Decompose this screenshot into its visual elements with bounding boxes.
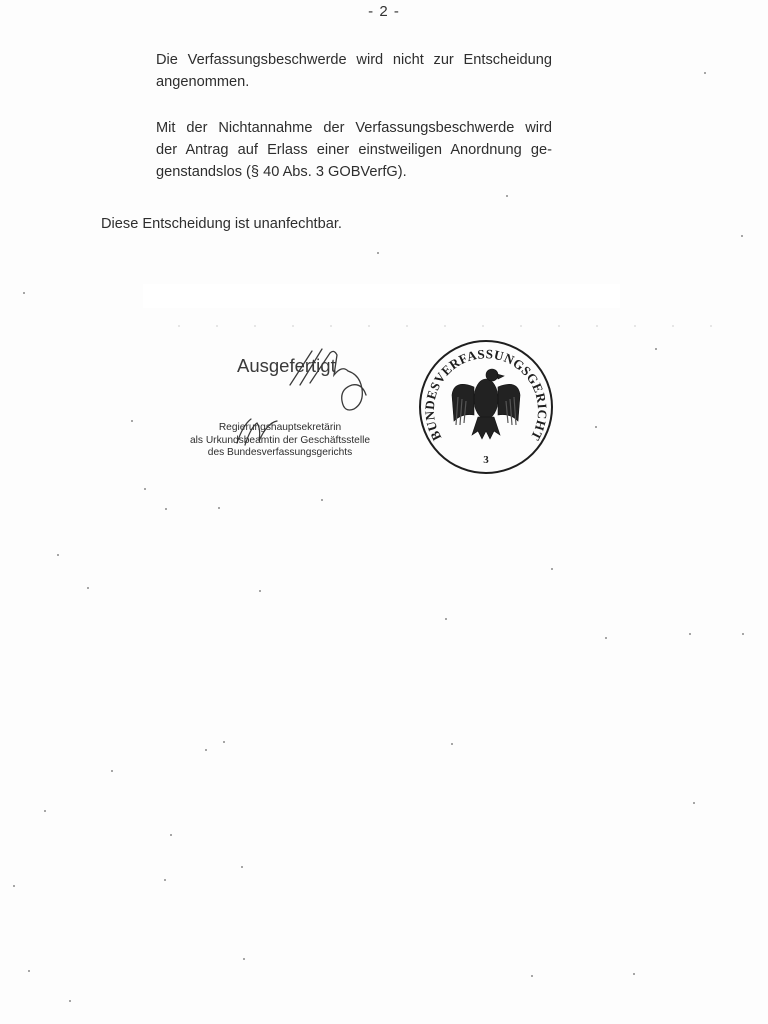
text-line: genstandslos (§ 40 Abs. 3 GOBVerfG).: [156, 161, 552, 183]
scan-speck: [170, 834, 172, 836]
court-seal-icon: BUNDESVERFASSUNGSGERICHT 3: [418, 339, 554, 475]
scan-speck: [655, 348, 657, 350]
page-number: - 2 -: [0, 3, 768, 20]
scan-speck: [689, 633, 691, 635]
clerk-line: Regierungshauptsekretärin: [170, 422, 390, 435]
scan-speck: [57, 554, 59, 556]
scan-speck: [551, 568, 553, 570]
scan-speck: [633, 973, 635, 975]
scan-speck: [223, 741, 225, 743]
scan-speck: [28, 970, 30, 972]
scan-speck: [69, 1000, 71, 1002]
scan-speck: [445, 618, 447, 620]
clerk-title: Regierungshauptsekretärin als Urkundsbea…: [170, 422, 390, 460]
seal-number: 3: [483, 454, 489, 466]
scan-speck: [205, 749, 207, 751]
scan-speck: [377, 252, 379, 254]
paragraph-injunction: Mit der Nichtannahme der Verfassungsbesc…: [156, 117, 552, 183]
scan-artifact-line: [160, 325, 740, 327]
clerk-line: des Bundesverfassungsgerichts: [170, 447, 390, 460]
clerk-line: als Urkundsbeamtin der Geschäftsstelle: [170, 435, 390, 448]
redacted-area: [143, 284, 620, 308]
scan-speck: [531, 975, 533, 977]
scan-speck: [13, 885, 15, 887]
scan-speck: [87, 587, 89, 589]
final-statement: Diese Entscheidung ist unanfechtbar.: [101, 216, 342, 232]
scan-speck: [451, 743, 453, 745]
signature-icon: [282, 345, 372, 415]
scan-speck: [693, 802, 695, 804]
scan-speck: [321, 499, 323, 501]
scan-speck: [44, 810, 46, 812]
text-line: angenommen.: [156, 71, 552, 93]
scan-speck: [595, 426, 597, 428]
scan-speck: [218, 507, 220, 509]
text-line: Mit der Nichtannahme der Verfassungsbesc…: [156, 117, 552, 139]
scan-speck: [741, 235, 743, 237]
scan-speck: [506, 195, 508, 197]
eagle-icon: [452, 369, 520, 439]
scan-speck: [165, 508, 167, 510]
text-line: der Antrag auf Erlass einer einstweilige…: [156, 139, 552, 161]
scan-speck: [164, 879, 166, 881]
paragraph-rejection: Die Verfassungsbeschwerde wird nicht zur…: [156, 49, 552, 93]
scan-speck: [742, 633, 744, 635]
scan-speck: [23, 292, 25, 294]
text-line: Die Verfassungsbeschwerde wird nicht zur…: [156, 49, 552, 71]
scan-speck: [704, 72, 706, 74]
scan-speck: [259, 590, 261, 592]
scan-speck: [243, 958, 245, 960]
scan-speck: [111, 770, 113, 772]
scan-speck: [144, 488, 146, 490]
scan-speck: [241, 866, 243, 868]
scan-speck: [131, 420, 133, 422]
scan-speck: [605, 637, 607, 639]
